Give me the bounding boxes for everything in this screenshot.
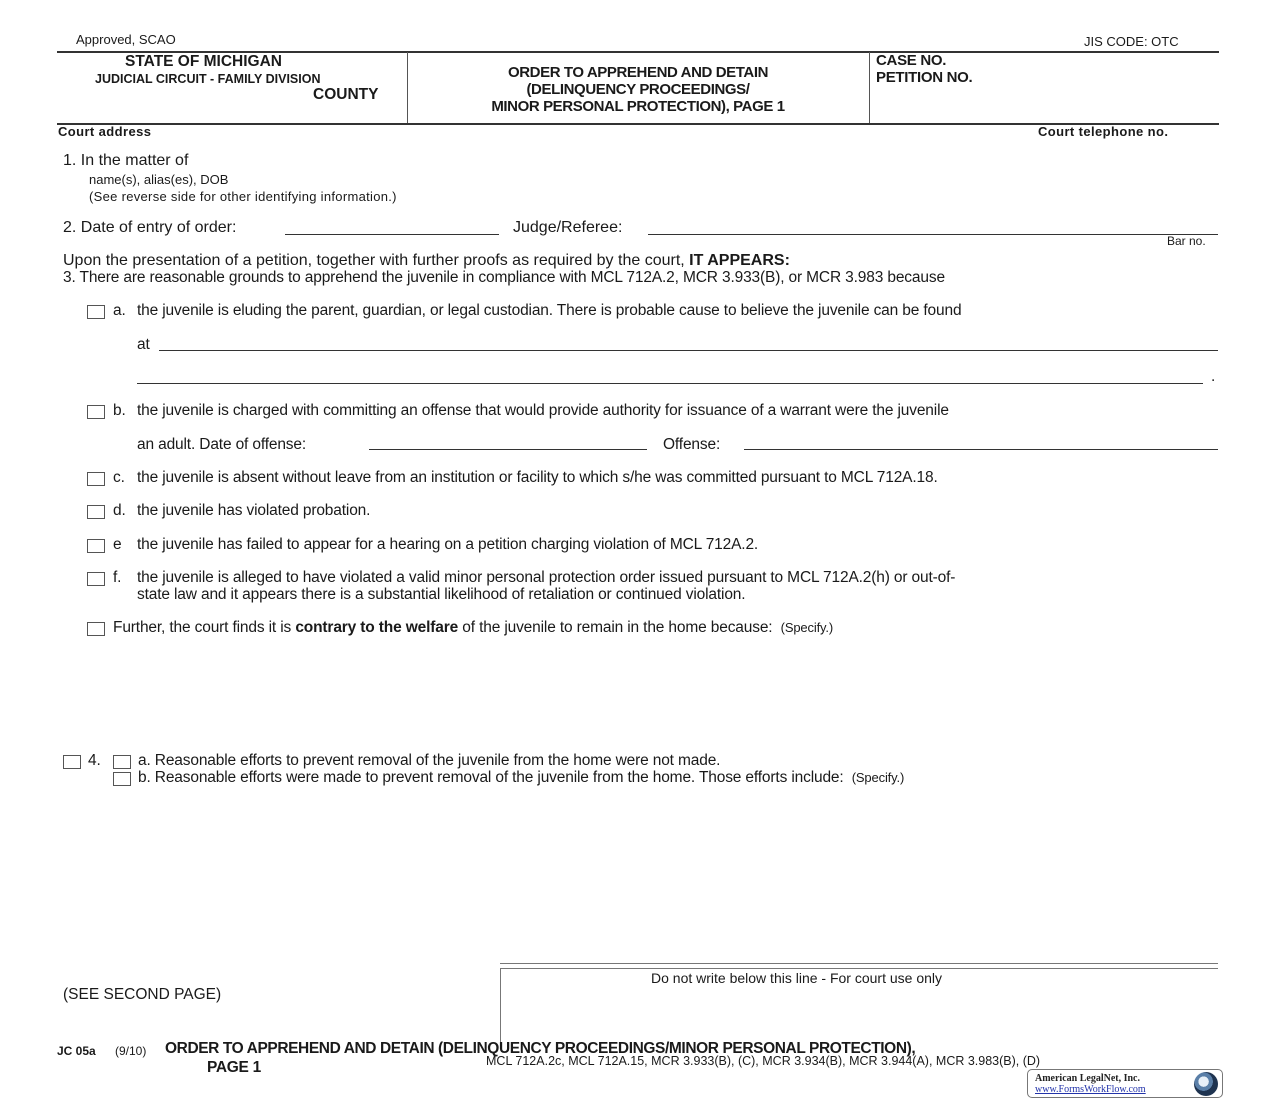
item-3f-letter: f. (113, 569, 121, 587)
welfare-post: of the juvenile to remain in the home be… (462, 619, 772, 636)
efforts-field[interactable] (138, 792, 1218, 942)
form-title-line-1: ORDER TO APPREHEND AND DETAIN (408, 64, 868, 81)
item-3c-letter: c. (113, 469, 125, 487)
form-title-line-2: (DELINQUENCY PROCEEDINGS/ (408, 81, 868, 98)
presentation-text: Upon the presentation of a petition, tog… (63, 252, 790, 270)
item-3c-checkbox[interactable] (87, 472, 105, 486)
item-3a-location-field-2[interactable] (137, 383, 1203, 384)
item-3b-text: the juvenile is charged with committing … (137, 402, 949, 420)
court-address-label: Court address (58, 124, 151, 139)
form-date: (9/10) (115, 1044, 146, 1058)
footer-citations: MCL 712A.2c, MCL 712A.15, MCR 3.933(B), … (486, 1054, 1040, 1068)
header-divider-2 (869, 52, 870, 123)
item-3d-checkbox[interactable] (87, 505, 105, 519)
jis-code: JIS CODE: OTC (1084, 34, 1179, 49)
item-4a-checkbox[interactable] (113, 755, 131, 769)
circuit-name: JUDICIAL CIRCUIT - FAMILY DIVISION (95, 72, 321, 86)
item-3a-location-field-1[interactable] (159, 350, 1218, 351)
form-title-line-3: MINOR PERSONAL PROTECTION), PAGE 1 (408, 98, 868, 115)
court-telephone-label: Court telephone no. (1038, 124, 1168, 139)
item-3a-letter: a. (113, 302, 126, 320)
vendor-name: American LegalNet, Inc. (1035, 1073, 1140, 1084)
welfare-bold: contrary to the welfare (295, 619, 458, 636)
case-no-field[interactable] (1000, 53, 1215, 121)
matter-of-field[interactable] (300, 152, 1215, 202)
presentation-body: Upon the presentation of a petition, tog… (63, 252, 685, 269)
date-of-offense-field[interactable] (369, 449, 647, 450)
welfare-text: Further, the court finds it is contrary … (113, 619, 833, 637)
item-3c-text: the juvenile is absent without leave fro… (137, 469, 938, 487)
welfare-specify: (Specify.) (781, 620, 833, 635)
form-code: JC 05a (57, 1044, 96, 1058)
item-4b-text-wrap: b. Reasonable efforts were made to preve… (138, 769, 904, 787)
item-3b-checkbox[interactable] (87, 405, 105, 419)
it-appears: IT APPEARS: (689, 252, 790, 269)
item-4-checkbox[interactable] (63, 755, 81, 769)
item-4b-specify: (Specify.) (852, 770, 904, 785)
item-3a-text: the juvenile is eluding the parent, guar… (137, 302, 961, 320)
item-3-intro: 3. There are reasonable grounds to appre… (63, 269, 945, 287)
item-3a-period: . (1211, 368, 1215, 386)
item-3b-letter: b. (113, 402, 126, 420)
item-3e-letter: e (113, 536, 121, 554)
item-4-number: 4. (88, 752, 101, 770)
judge-referee-field[interactable] (648, 234, 1218, 235)
welfare-checkbox[interactable] (87, 622, 105, 636)
bar-no-label: Bar no. (1167, 234, 1206, 248)
item-1-label: 1. In the matter of (63, 152, 188, 170)
item-3d-letter: d. (113, 502, 126, 520)
judge-referee-label: Judge/Referee: (513, 219, 622, 237)
item-3f-text-line-1: the juvenile is alleged to have violated… (137, 569, 955, 587)
item-4b-checkbox[interactable] (113, 772, 131, 786)
footer-title-line-2: PAGE 1 (207, 1059, 261, 1077)
state-name: STATE OF MICHIGAN (125, 53, 282, 71)
see-second-page: (SEE SECOND PAGE) (63, 986, 221, 1004)
globe-icon (1194, 1072, 1218, 1096)
vendor-logo[interactable]: American LegalNet, Inc. www.FormsWorkFlo… (1027, 1069, 1223, 1098)
vendor-url[interactable]: www.FormsWorkFlow.com (1035, 1084, 1146, 1095)
item-4a-text: a. Reasonable efforts to prevent removal… (138, 752, 720, 770)
item-3f-checkbox[interactable] (87, 572, 105, 586)
item-3a-at-label: at (137, 336, 150, 354)
offense-label: Offense: (663, 436, 720, 454)
county-label: COUNTY (313, 86, 378, 104)
petition-no-label: PETITION NO. (876, 69, 972, 86)
court-use-label: Do not write below this line - For court… (651, 970, 942, 986)
offense-field[interactable] (744, 449, 1218, 450)
court-use-rule (500, 963, 1218, 964)
welfare-pre: Further, the court finds it is (113, 619, 291, 636)
item-3e-checkbox[interactable] (87, 539, 105, 553)
date-of-entry-label: 2. Date of entry of order: (63, 219, 236, 237)
item-3b-date-label: an adult. Date of offense: (137, 436, 306, 454)
item-3a-checkbox[interactable] (87, 305, 105, 319)
item-3d-text: the juvenile has violated probation. (137, 502, 370, 520)
date-of-entry-field[interactable] (285, 234, 499, 235)
item-3f-text-line-2: state law and it appears there is a subs… (137, 586, 745, 604)
item-4b-text: b. Reasonable efforts were made to preve… (138, 769, 844, 786)
form-title: ORDER TO APPREHEND AND DETAIN (DELINQUEN… (408, 64, 868, 115)
approved-label: Approved, SCAO (76, 32, 176, 47)
item-1-sub-name: name(s), alias(es), DOB (89, 172, 228, 187)
item-3e-text: the juvenile has failed to appear for a … (137, 536, 758, 554)
case-no-label: CASE NO. (876, 52, 946, 69)
welfare-reason-field[interactable] (113, 642, 1218, 742)
